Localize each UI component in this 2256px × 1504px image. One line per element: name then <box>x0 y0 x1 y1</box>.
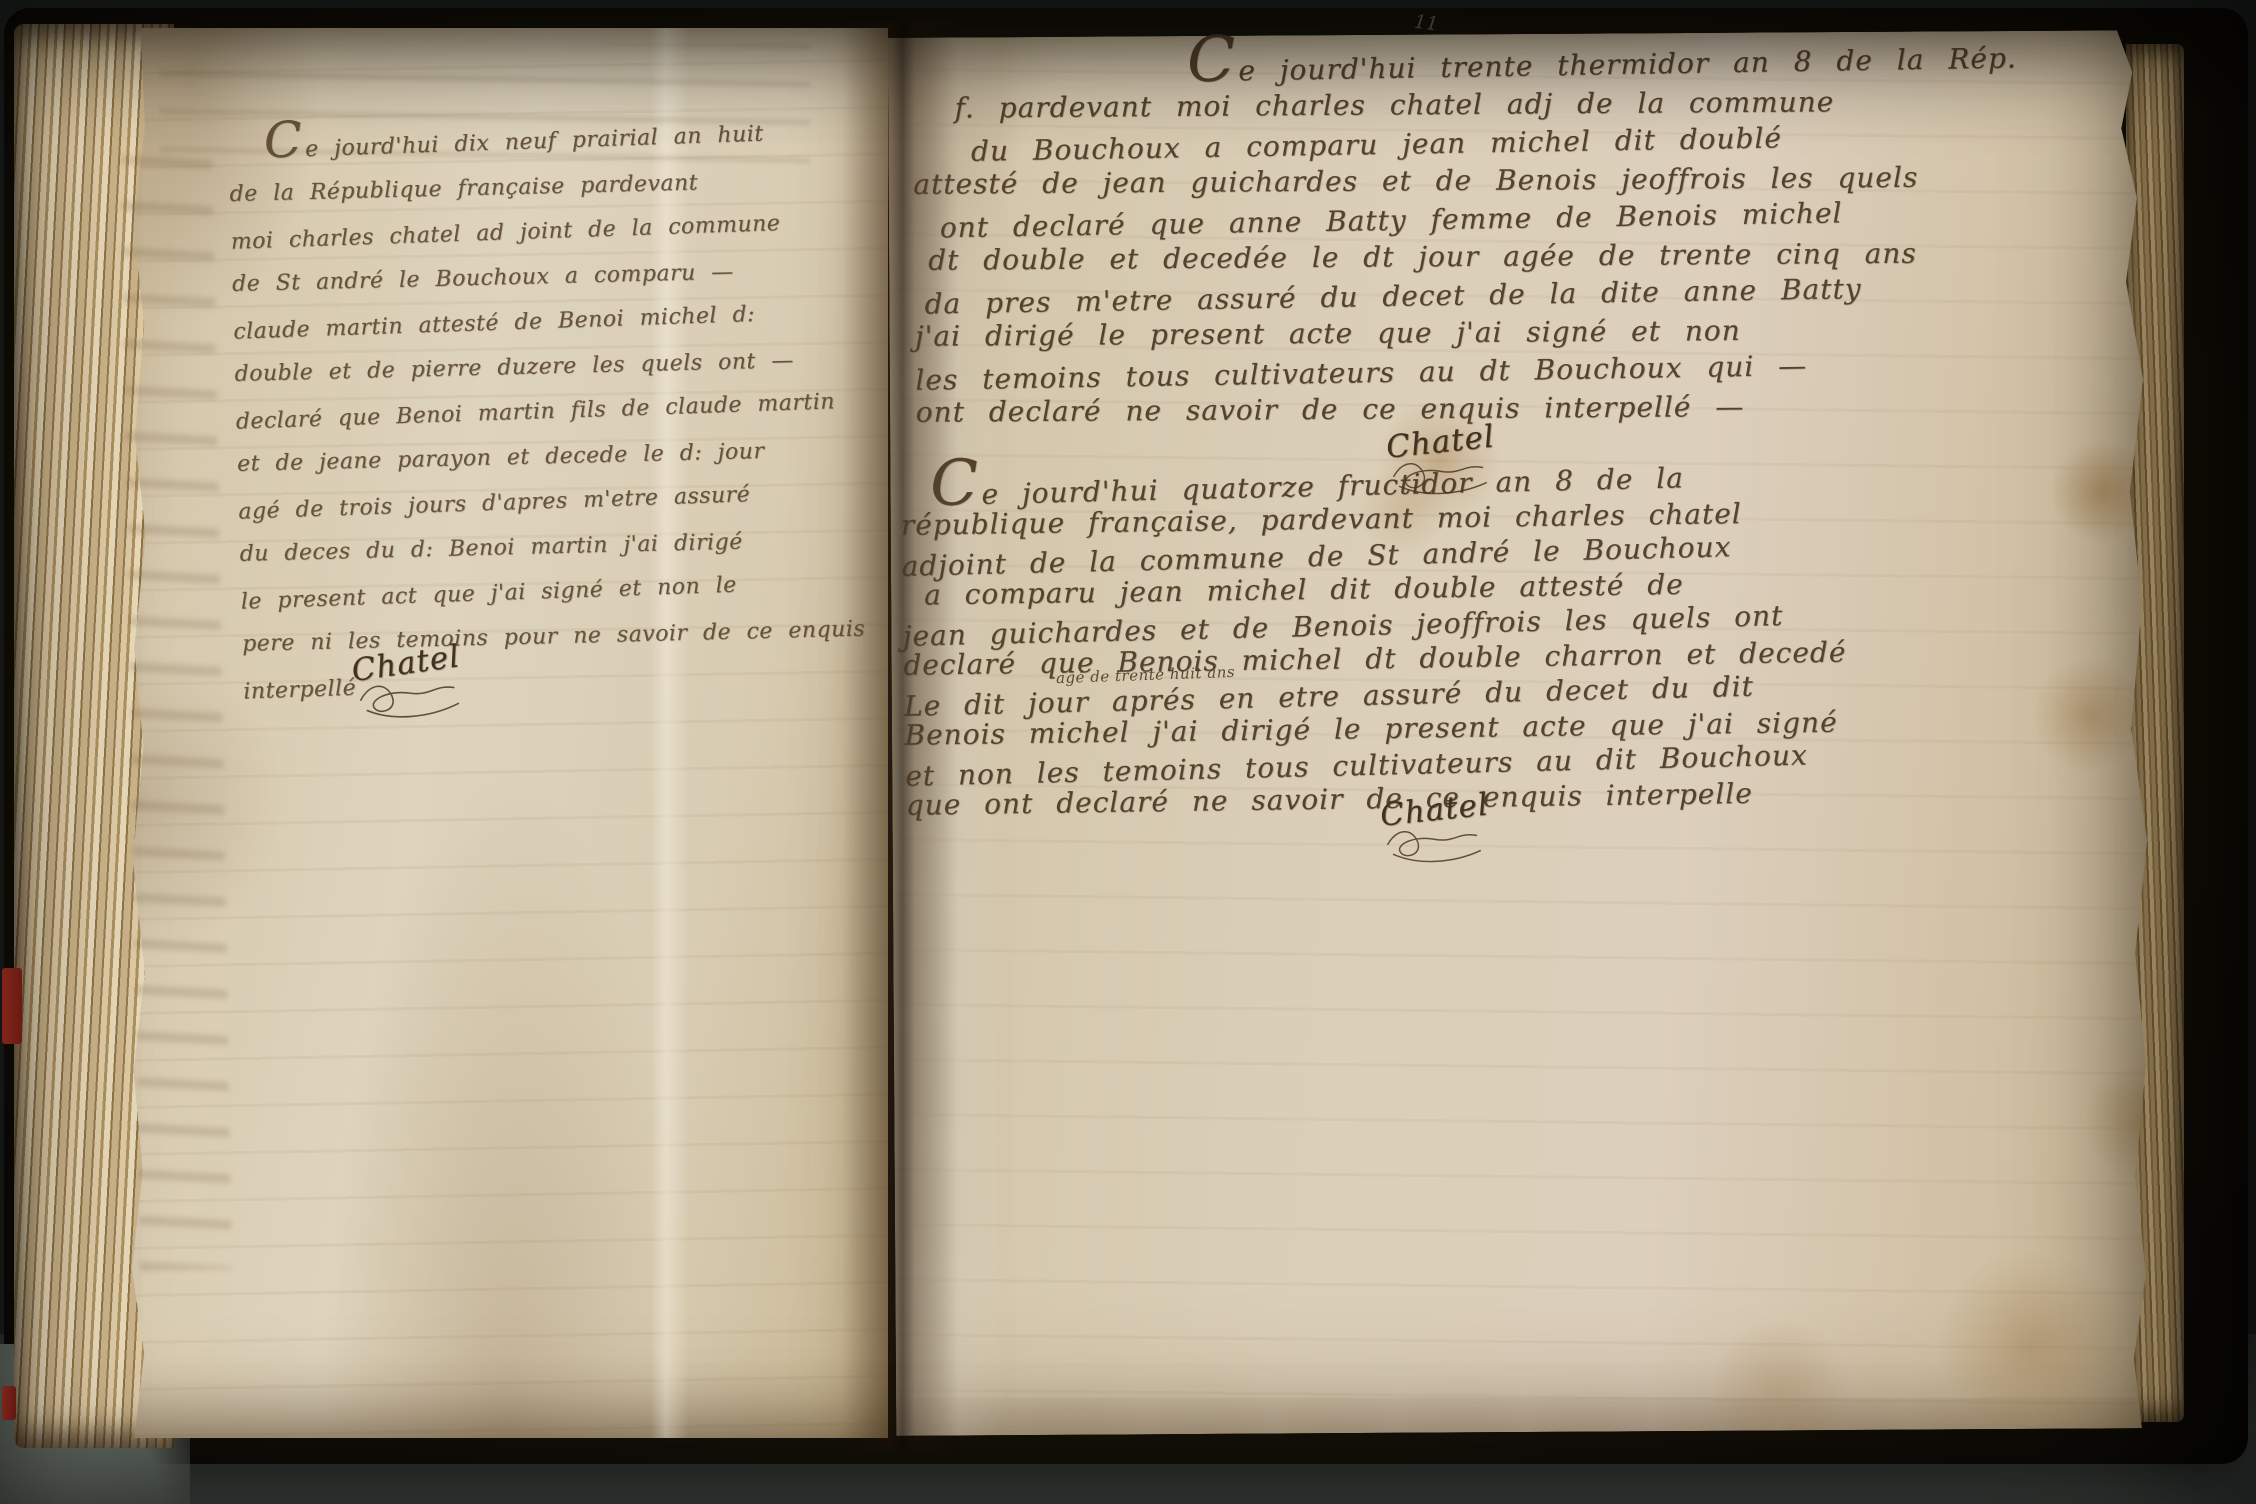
page-number-pencil: 11 <box>1413 11 1440 36</box>
act-30-thermidor: Ce jourd'hui trente thermidor an 8 de la… <box>912 43 2160 436</box>
signature-block-left: Chatel <box>351 643 472 721</box>
red-bookmark-small <box>2 1386 16 1420</box>
signature-block-act2: Chatel <box>1380 792 1492 864</box>
act-14-fructidor: Ce jourd'hui quatorze fructidor an 8 de … <box>900 454 2160 826</box>
signature-block-act1: Chatel <box>1386 424 1498 496</box>
act-19-prairial: Ce jourd'hui dix neuf prairial an huit d… <box>228 122 824 723</box>
photo-open-death-register: 11 Ce jourd'hui dix neuf prairial an hui… <box>0 0 2256 1504</box>
red-bookmark <box>2 968 22 1044</box>
